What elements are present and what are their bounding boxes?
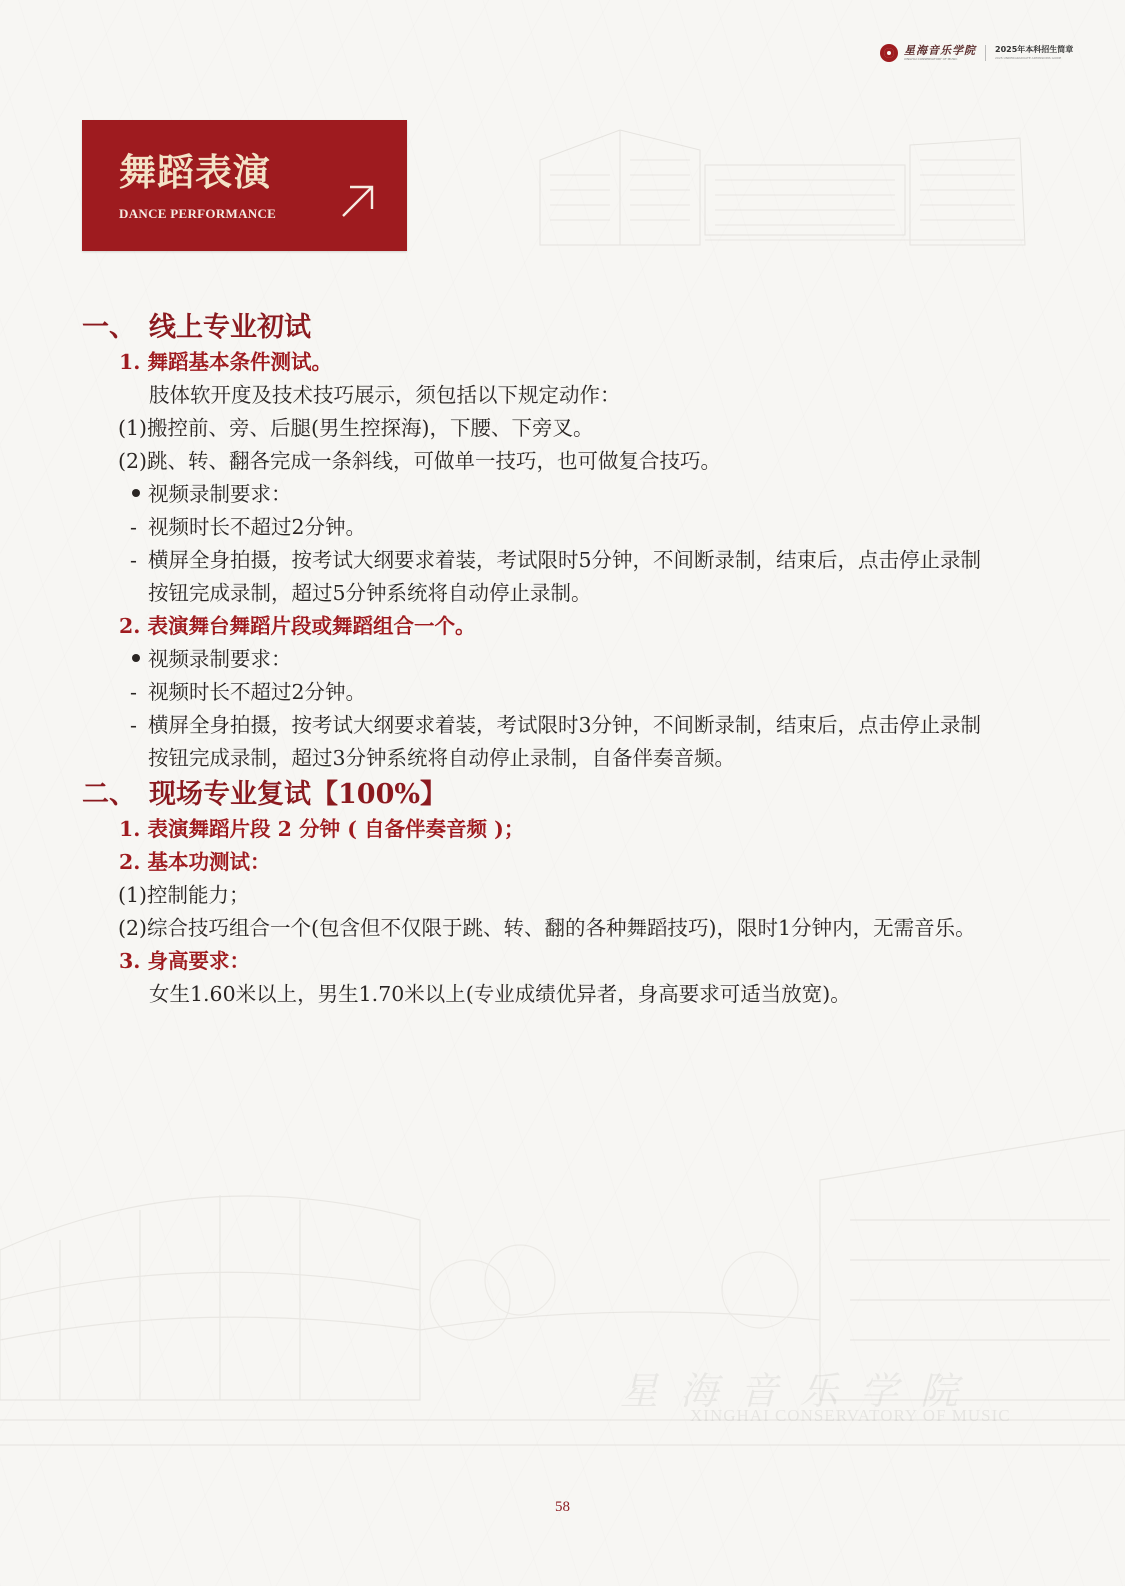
- video-rule: -横屏全身拍摄，按考试大纲要求着装，考试限时5分钟，不间断录制，结束后，点击停止…: [82, 544, 1042, 577]
- video-rule: -视频时长不超过2分钟。: [82, 676, 1042, 709]
- section-heading-onsite: 二、现场专业复试【100%】: [82, 775, 1042, 813]
- school-seal-icon: [880, 44, 898, 62]
- video-rule-continued: 按钮完成录制，超过5分钟系统将自动停止录制。: [82, 577, 1042, 610]
- video-rule: -视频时长不超过2分钟。: [82, 511, 1042, 544]
- height-requirement: 女生1.60米以上，男生1.70米以上(专业成绩优异者，身高要求可适当放宽)。: [82, 978, 1042, 1011]
- section-number: 一、: [82, 308, 149, 348]
- campus-illustration: [0, 1100, 1125, 1500]
- school-name-en: XINGHAI CONSERVATORY OF MUSIC: [904, 58, 976, 61]
- brochure-subtitle-en: 2025 UNDERGRADUATE ADMISSIONS GUIDE: [995, 57, 1073, 60]
- major-title-en: DANCE PERFORMANCE: [119, 206, 276, 222]
- brochure-title-cn: 2025年本科招生简章: [995, 46, 1073, 54]
- major-title-box: 舞蹈表演 DANCE PERFORMANCE: [82, 120, 407, 251]
- video-requirements-label: 视频录制要求：: [82, 478, 1042, 511]
- building-illustration: [530, 120, 1030, 250]
- video-requirements-label: 视频录制要求：: [82, 643, 1042, 676]
- header-logo: 星海音乐学院 XINGHAI CONSERVATORY OF MUSIC 202…: [880, 44, 1073, 62]
- page-number: 58: [0, 1499, 1125, 1516]
- item-part: (2)跳、转、翻各完成一条斜线，可做单一技巧，也可做复合技巧。: [82, 445, 1042, 478]
- item-part: (1)搬控前、旁、后腿(男生控探海)，下腰、下旁叉。: [82, 412, 1042, 445]
- video-rule-continued: 按钮完成录制，超过3分钟系统将自动停止录制，自备伴奏音频。: [82, 742, 1042, 775]
- brochure-title: 2025年本科招生简章 2025 UNDERGRADUATE ADMISSION…: [995, 46, 1073, 60]
- item-heading: 1. 表演舞蹈片段 2 分钟 ( 自备伴奏音频 )；: [82, 813, 1042, 846]
- exam-requirements: 一、线上专业初试 1. 舞蹈基本条件测试。 肢体软开度及技术技巧展示，须包括以下…: [82, 308, 1042, 1011]
- school-name-cn: 星海音乐学院: [904, 45, 976, 56]
- item-part: (2)综合技巧组合一个(包含但不仅限于跳、转、翻的各种舞蹈技巧)，限时1分钟内，…: [82, 912, 1042, 945]
- logo-divider: [985, 45, 986, 61]
- bullet-icon: [132, 489, 140, 497]
- section-heading-online: 一、线上专业初试: [82, 308, 1042, 346]
- item-heading: 1. 舞蹈基本条件测试。: [82, 346, 1042, 379]
- watermark-school-en: XINGHAI CONSERVATORY OF MUSIC: [690, 1406, 1011, 1426]
- item-heading: 2. 基本功测试：: [82, 846, 1042, 879]
- video-rule: -横屏全身拍摄，按考试大纲要求着装，考试限时3分钟，不间断录制，结束后，点击停止…: [82, 709, 1042, 742]
- item-intro: 肢体软开度及技术技巧展示，须包括以下规定动作：: [82, 379, 1042, 412]
- section-title: 现场专业复试【100%】: [149, 779, 447, 810]
- item-heading: 3. 身高要求：: [82, 945, 1042, 978]
- school-name: 星海音乐学院 XINGHAI CONSERVATORY OF MUSIC: [904, 45, 976, 61]
- section-title: 线上专业初试: [149, 312, 311, 343]
- item-part: (1)控制能力；: [82, 879, 1042, 912]
- major-title-cn: 舞蹈表演: [119, 142, 271, 196]
- arrow-up-right-icon: [340, 183, 376, 219]
- item-heading: 2. 表演舞台舞蹈片段或舞蹈组合一个。: [82, 610, 1042, 643]
- section-number: 二、: [82, 775, 149, 815]
- bullet-icon: [132, 654, 140, 662]
